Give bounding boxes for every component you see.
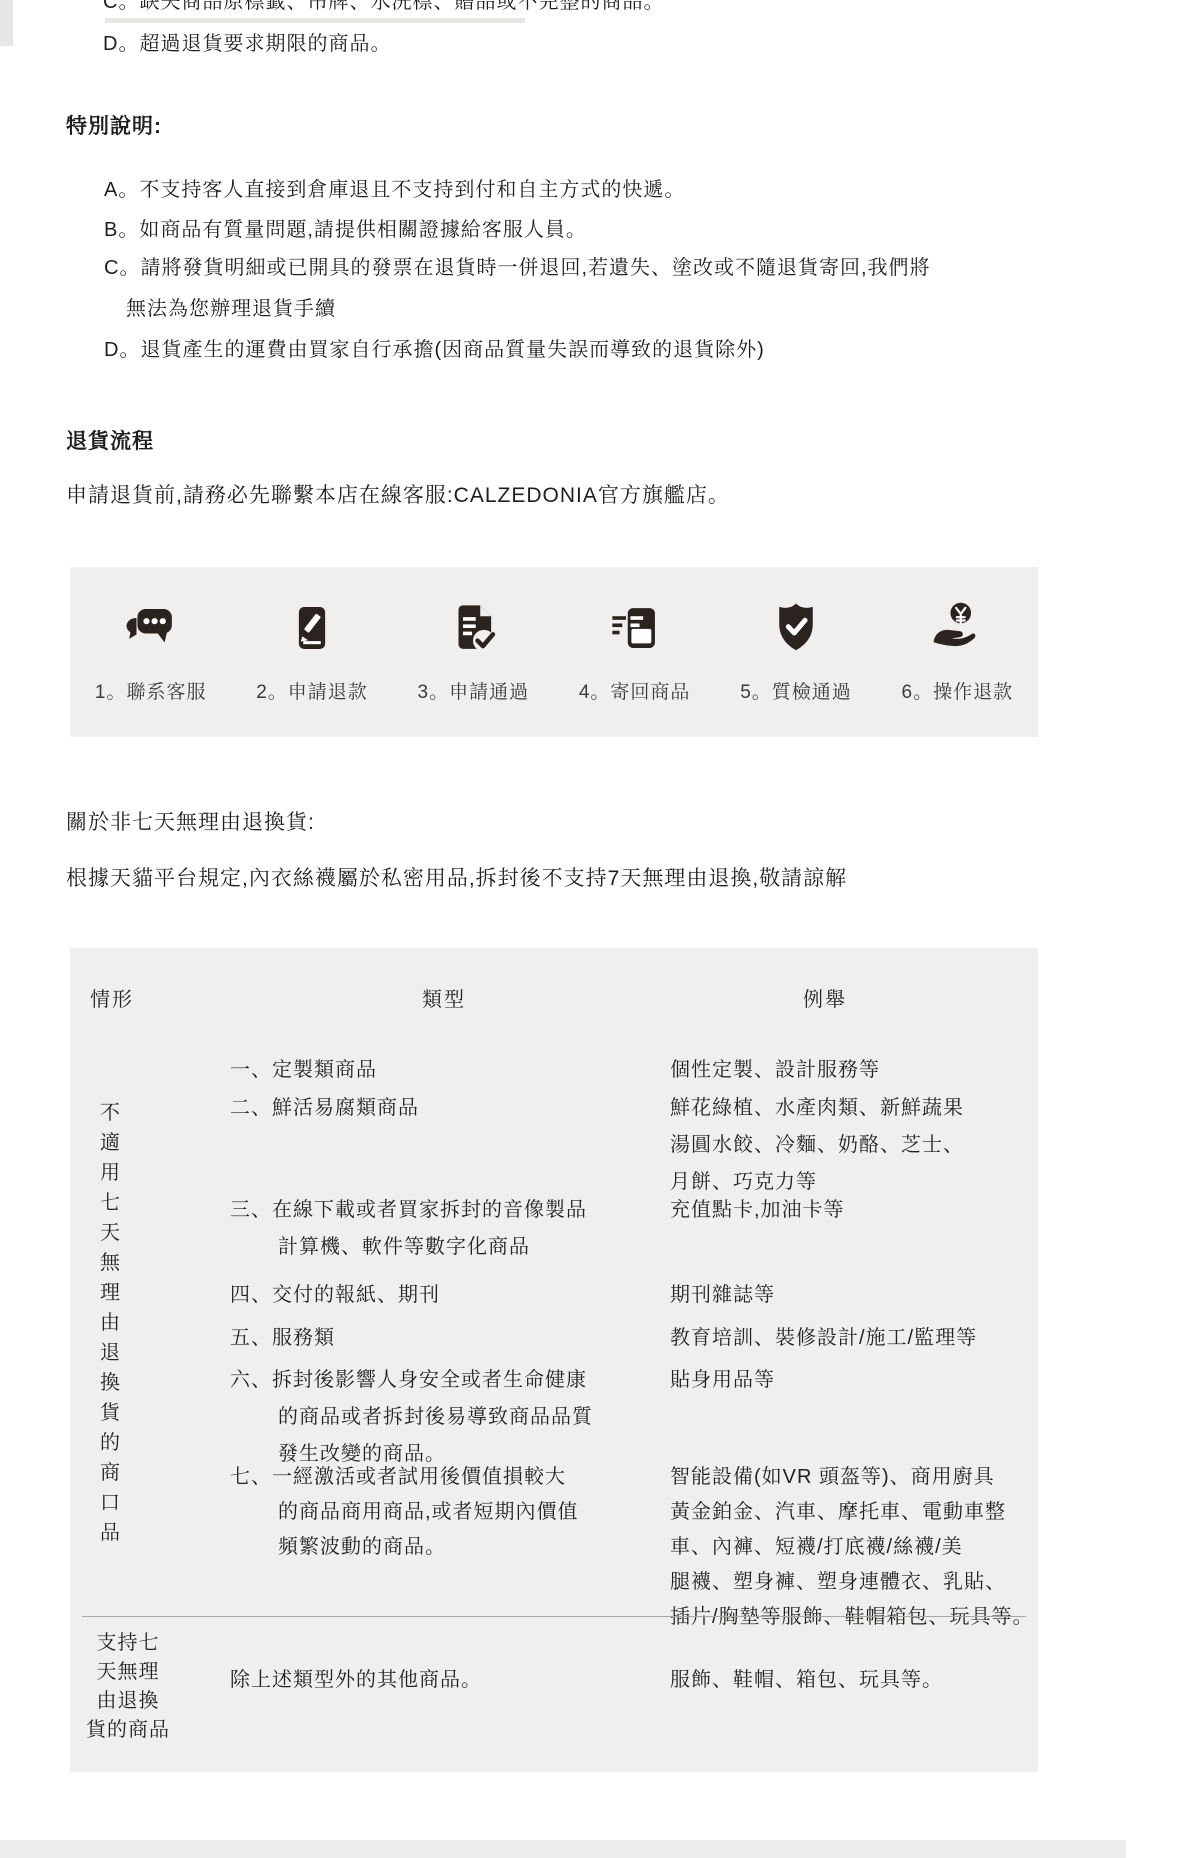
edit-icon	[284, 597, 340, 659]
package-icon	[606, 597, 664, 659]
type-line: 三、在線下載或者買家拆封的音像製品	[230, 1193, 587, 1222]
process-step-4: 4。寄回商品	[554, 567, 715, 737]
type-line: 頻繁波動的商品。	[278, 1530, 446, 1559]
example-line: 貼身用品等	[670, 1363, 775, 1392]
special-note-d: D。退貨產生的運費由買家自行承擔(因商品質量失誤而導致的退貨除外)	[104, 333, 765, 362]
jpeg-ghost-artifact	[105, 18, 525, 23]
return-process-heading: 退貨流程	[66, 425, 154, 455]
support-situation-line: 天無理	[82, 1658, 174, 1687]
type-line: 六、拆封後影響人身安全或者生命健康	[230, 1363, 587, 1392]
example-line: 充值點卡,加油卡等	[670, 1193, 845, 1222]
clipped-top-line: C。缺失商品原標籤、吊牌、水洗標、贈品或不完整的商品。	[103, 0, 664, 14]
type-line: 一、定製類商品	[230, 1053, 377, 1082]
process-step-2: 2。申請退款	[231, 567, 392, 737]
table-header-examples: 例舉	[803, 983, 847, 1012]
step-label: 3。申請通過	[418, 677, 530, 704]
type-line: 五、服務類	[230, 1321, 335, 1350]
special-note-c-continued: 無法為您辦理退貨手續	[126, 292, 336, 321]
special-notes-heading: 特別說明:	[66, 110, 162, 140]
process-step-3: 3。申請通過	[393, 567, 554, 737]
special-note-c: C。請將發貨明細或已開具的發票在退貨時一併退回,若遺失、塗改或不隨退貨寄回,我們…	[104, 251, 931, 280]
type-line: 計算機、軟件等數字化商品	[278, 1230, 530, 1259]
support-example-line: 服飾、鞋帽、箱包、玩具等。	[670, 1663, 943, 1692]
hand-coin-icon	[927, 597, 987, 659]
example-line: 湯圓水餃、冷麵、奶酪、芝士、	[670, 1128, 964, 1157]
table-header-situation: 情形	[90, 983, 134, 1012]
support-situation-line: 由退換	[82, 1687, 174, 1716]
step-label: 5。質檢通過	[740, 677, 852, 704]
type-line: 四、交付的報紙、期刊	[230, 1278, 440, 1307]
example-line: 黃金鉑金、汽車、摩托車、電動車整	[670, 1495, 1006, 1524]
shield-check-icon	[767, 597, 825, 659]
example-line: 車、內褲、短襪/打底襪/絲襪/美	[670, 1530, 963, 1559]
type-line: 二、鮮活易腐類商品	[230, 1091, 419, 1120]
type-line: 七、一經激活或者試用後價值損較大	[230, 1460, 566, 1489]
return-policy-page: C。缺失商品原標籤、吊牌、水洗標、贈品或不完整的商品。 D。超過退貨要求期限的商…	[0, 0, 1200, 1858]
example-line: 鮮花綠植、水產肉類、新鮮蔬果	[670, 1091, 964, 1120]
example-line: 腿襪、塑身褲、塑身連體衣、乳貼、	[670, 1565, 1006, 1594]
page-edge-artifact	[0, 0, 13, 46]
support-situation-label: 支持七 天無理 由退換 貨的商品	[82, 1629, 174, 1745]
situation-vertical-label: 不適用七天無理由退換貨的商口品	[100, 1098, 124, 1548]
support-situation-line: 支持七	[82, 1629, 174, 1658]
process-step-5: 5。質檢通過	[715, 567, 876, 737]
step-label: 1。聯系客服	[95, 677, 207, 704]
process-step-6: 6。操作退款	[877, 567, 1038, 737]
step-label: 4。寄回商品	[579, 677, 691, 704]
example-line: 期刊雜誌等	[670, 1278, 775, 1307]
example-line: 插片/胸墊等服飾、鞋帽箱包、玩具等。	[670, 1600, 1034, 1629]
no-reason-return-heading: 關於非七天無理由退換貨:	[66, 806, 315, 836]
doc-check-icon	[444, 597, 502, 659]
process-step-1: 1。聯系客服	[70, 567, 231, 737]
step-label: 6。操作退款	[902, 677, 1014, 704]
table-header-type: 類型	[422, 983, 466, 1012]
next-section-strip	[0, 1840, 1126, 1858]
returns-table: 情形 類型 例舉 不適用七天無理由退換貨的商口品 一、定製類商品 二、鮮活易腐類…	[70, 948, 1038, 1772]
table-row-divider	[82, 1616, 1026, 1617]
contact-service-note: 申請退貨前,請務必先聯繫本店在線客服:CALZEDONIA官方旗艦店。	[66, 479, 730, 509]
process-steps-banner: 1。聯系客服 2。申請退款	[70, 567, 1038, 737]
step-label: 2。申請退款	[256, 677, 368, 704]
support-type-line: 除上述類型外的其他商品。	[230, 1663, 482, 1692]
support-situation-line: 貨的商品	[82, 1716, 174, 1745]
special-note-a: A。不支持客人直接到倉庫退且不支持到付和自主方式的快遞。	[104, 173, 685, 202]
example-line: 智能設備(如VR 頭盔等)、商用廚具	[670, 1460, 995, 1489]
chat-icon	[122, 597, 180, 659]
type-line: 的商品或者拆封後易導致商品品質	[278, 1400, 593, 1429]
tmall-policy-note: 根據天貓平台規定,內衣絲襪屬於私密用品,拆封後不支持7天無理由退換,敬請諒解	[66, 862, 847, 892]
type-line: 的商品商用商品,或者短期內價值	[278, 1495, 579, 1524]
special-note-b: B。如商品有質量問題,請提供相關證據給客服人員。	[104, 213, 587, 242]
example-line: 個性定製、設計服務等	[670, 1053, 880, 1082]
excluded-item-d: D。超過退貨要求期限的商品。	[103, 27, 391, 56]
example-line: 教育培訓、裝修設計/施工/監理等	[670, 1321, 977, 1350]
example-line: 月餅、巧克力等	[670, 1165, 817, 1194]
